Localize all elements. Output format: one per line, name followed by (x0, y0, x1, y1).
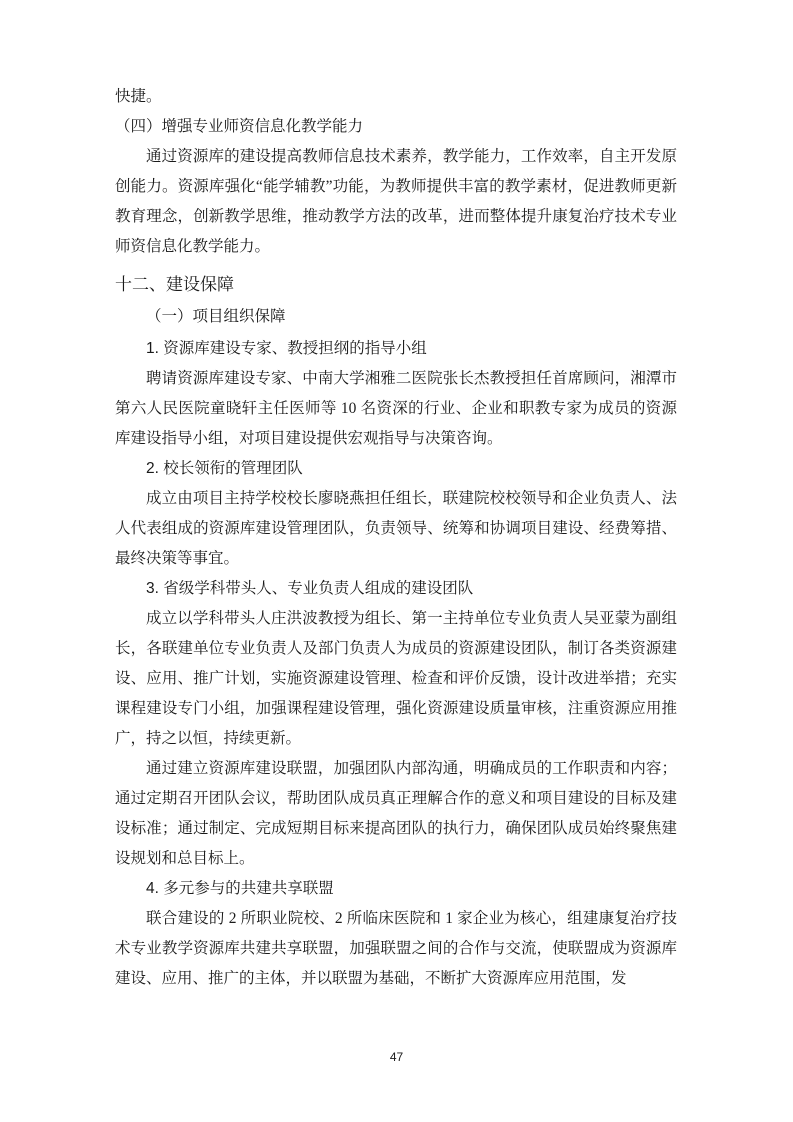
heading-2-principal-led-management-team: 2. 校长领衔的管理团队 (115, 454, 677, 484)
heading-section4-teacher-informatization-ability: （四）增强专业师资信息化教学能力 (115, 112, 677, 142)
heading-4-co-construction-sharing-alliance: 4. 多元参与的共建共享联盟 (115, 874, 677, 904)
paragraph-expert-guidance-group: 聘请资源库建设专家、中南大学湘雅二医院张长杰教授担任首席顾问，湘潭市第六人民医院… (115, 364, 677, 454)
heading-chapter12-construction-guarantee: 十二、建设保障 (115, 270, 677, 300)
paragraph-teacher-informatization-ability: 通过资源库的建设提高教师信息技术素养，教学能力，工作效率，自主开发原创能力。资源… (115, 142, 677, 262)
page-number: 47 (0, 1050, 793, 1064)
document-body: 快捷。 （四）增强专业师资信息化教学能力 通过资源库的建设提高教师信息技术素养，… (115, 82, 677, 994)
paragraph-tail-previous-page: 快捷。 (115, 82, 677, 112)
heading-3-provincial-construction-team: 3. 省级学科带头人、专业负责人组成的建设团队 (115, 574, 677, 604)
paragraph-construction-team-plans: 成立以学科带头人庄洪波教授为组长、第一主持单位专业负责人吴亚蒙为副组长，各联建单… (115, 604, 677, 754)
paragraph-principal-led-management-team: 成立由项目主持学校校长廖晓燕担任组长，联建院校校领导和企业负责人、法人代表组成的… (115, 484, 677, 574)
paragraph-team-alliance-communication: 通过建立资源库建设联盟，加强团队内部沟通，明确成员的工作职责和内容；通过定期召开… (115, 754, 677, 874)
paragraph-sharing-alliance: 联合建设的 2 所职业院校、2 所临床医院和 1 家企业为核心，组建康复治疗技术… (115, 904, 677, 994)
heading-project-organization-guarantee: （一）项目组织保障 (115, 302, 677, 332)
heading-1-expert-guidance-group: 1. 资源库建设专家、教授担纲的指导小组 (115, 334, 677, 364)
document-page: 快捷。 （四）增强专业师资信息化教学能力 通过资源库的建设提高教师信息技术素养，… (0, 0, 793, 1122)
